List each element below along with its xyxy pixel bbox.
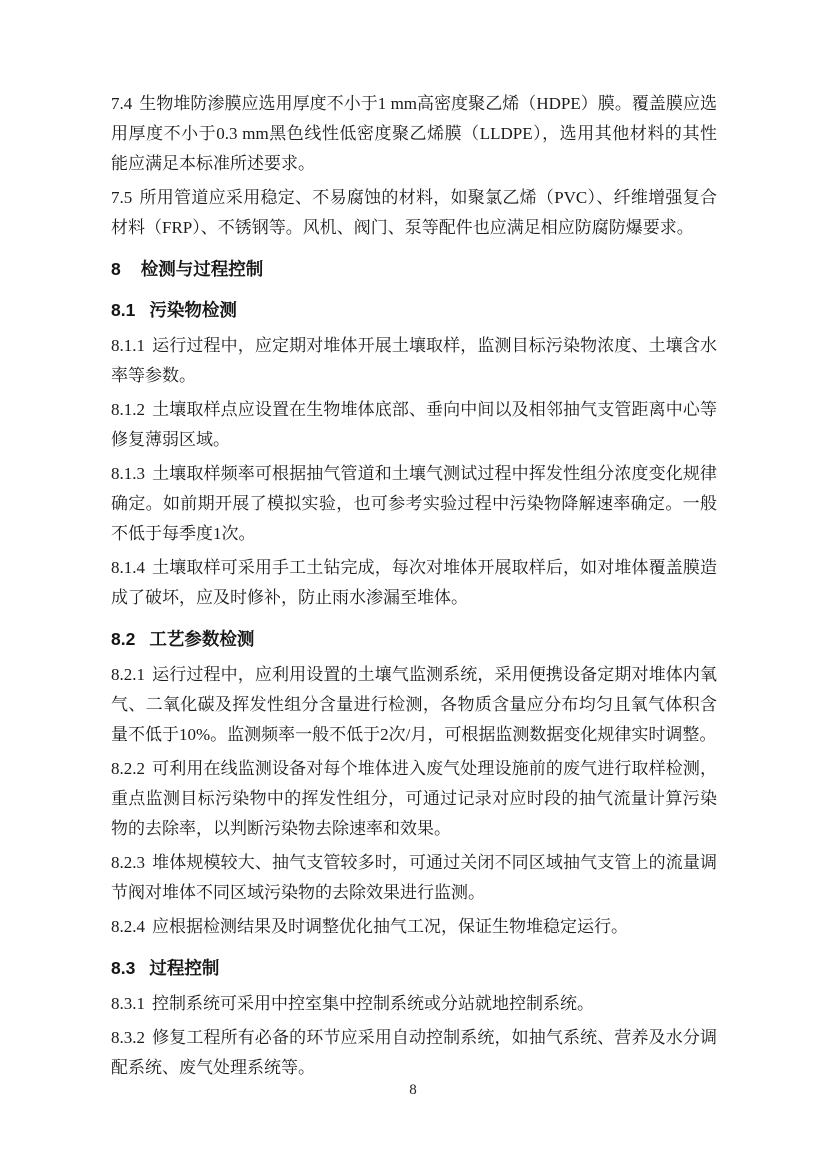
clause-number: 7.5 [111, 188, 132, 207]
clause-8-1-2: 8.1.2土壤取样点应设置在生物堆体底部、垂向中间以及相邻抽气支管距离中心等修复… [111, 395, 717, 455]
clause-8-1-3: 8.1.3土壤取样频率可根据抽气管道和土壤气测试过程中挥发性组分浓度变化规律确定… [111, 459, 717, 549]
clause-number: 8.2.4 [111, 917, 145, 936]
clause-text: 可利用在线监测设备对每个堆体进入废气处理设施前的废气进行取样检测，重点监测目标污… [111, 759, 717, 838]
clause-text: 应根据检测结果及时调整优化抽气工况，保证生物堆稳定运行。 [152, 917, 628, 936]
clause-number: 8.1.1 [111, 336, 145, 355]
clause-text: 土壤取样点应设置在生物堆体底部、垂向中间以及相邻抽气支管距离中心等修复薄弱区域。 [111, 400, 717, 449]
clause-number: 8.3.1 [111, 994, 145, 1013]
clause-number: 8.1.4 [111, 558, 145, 577]
clause-number: 7.4 [111, 94, 132, 113]
clause-number: 8.2.3 [111, 853, 145, 872]
clause-text: 土壤取样可采用手工土钻完成，每次对堆体开展取样后，如对堆体覆盖膜造成了破坏，应及… [111, 558, 717, 607]
clause-7-5: 7.5所用管道应采用稳定、不易腐蚀的材料，如聚氯乙烯（PVC）、纤维增强复合材料… [111, 183, 717, 243]
clause-8-2-2: 8.2.2可利用在线监测设备对每个堆体进入废气处理设施前的废气进行取样检测，重点… [111, 754, 717, 844]
clause-number: 8.1.3 [111, 464, 145, 483]
clause-number: 8.3.2 [111, 1028, 145, 1047]
clause-8-3-1: 8.3.1控制系统可采用中控室集中控制系统或分站就地控制系统。 [111, 989, 717, 1019]
heading-number: 8 [111, 259, 121, 279]
clause-text: 生物堆防渗膜应选用厚度不小于1 mm高密度聚乙烯（HDPE）膜。覆盖膜应选用厚度… [111, 94, 717, 173]
subsection-heading-8-3: 8.3过程控制 [111, 953, 717, 983]
page-number: 8 [409, 1082, 417, 1098]
clause-text: 所用管道应采用稳定、不易腐蚀的材料，如聚氯乙烯（PVC）、纤维增强复合材料（FR… [111, 188, 717, 237]
clause-8-3-2: 8.3.2修复工程所有必备的环节应采用自动控制系统，如抽气系统、营养及水分调配系… [111, 1023, 717, 1083]
document-page: 7.4生物堆防渗膜应选用厚度不小于1 mm高密度聚乙烯（HDPE）膜。覆盖膜应选… [0, 0, 826, 1169]
clause-number: 8.2.2 [111, 759, 145, 778]
clause-7-4: 7.4生物堆防渗膜应选用厚度不小于1 mm高密度聚乙烯（HDPE）膜。覆盖膜应选… [111, 89, 717, 179]
clause-8-2-1: 8.2.1运行过程中，应利用设置的土壤气监测系统，采用便携设备定期对堆体内氧气、… [111, 660, 717, 750]
subsection-heading-8-1: 8.1污染物检测 [111, 295, 717, 325]
heading-number: 8.1 [111, 300, 135, 320]
heading-text: 污染物检测 [149, 300, 237, 320]
clause-text: 堆体规模较大、抽气支管较多时，可通过关闭不同区域抽气支管上的流量调节阀对堆体不同… [111, 853, 717, 902]
heading-text: 过程控制 [149, 958, 219, 978]
clause-8-2-4: 8.2.4应根据检测结果及时调整优化抽气工况，保证生物堆稳定运行。 [111, 912, 717, 942]
clause-8-2-3: 8.2.3堆体规模较大、抽气支管较多时，可通过关闭不同区域抽气支管上的流量调节阀… [111, 848, 717, 908]
heading-text: 检测与过程控制 [141, 259, 264, 279]
heading-text: 工艺参数检测 [149, 629, 254, 649]
heading-number: 8.3 [111, 958, 135, 978]
clause-text: 土壤取样频率可根据抽气管道和土壤气测试过程中挥发性组分浓度变化规律确定。如前期开… [111, 464, 717, 543]
clause-number: 8.1.2 [111, 400, 145, 419]
subsection-heading-8-2: 8.2工艺参数检测 [111, 624, 717, 654]
page-footer: 8 [0, 1080, 826, 1100]
document-content: 7.4生物堆防渗膜应选用厚度不小于1 mm高密度聚乙烯（HDPE）膜。覆盖膜应选… [111, 89, 717, 1087]
section-heading-8: 8检测与过程控制 [111, 254, 717, 284]
clause-number: 8.2.1 [111, 665, 145, 684]
clause-text: 修复工程所有必备的环节应采用自动控制系统，如抽气系统、营养及水分调配系统、废气处… [111, 1028, 717, 1077]
clause-8-1-4: 8.1.4土壤取样可采用手工土钻完成，每次对堆体开展取样后，如对堆体覆盖膜造成了… [111, 553, 717, 613]
clause-text: 运行过程中，应利用设置的土壤气监测系统，采用便携设备定期对堆体内氧气、二氧化碳及… [111, 665, 717, 744]
clause-text: 运行过程中，应定期对堆体开展土壤取样，监测目标污染物浓度、土壤含水率等参数。 [111, 336, 717, 385]
heading-number: 8.2 [111, 629, 135, 649]
clause-text: 控制系统可采用中控室集中控制系统或分站就地控制系统。 [152, 994, 594, 1013]
clause-8-1-1: 8.1.1运行过程中，应定期对堆体开展土壤取样，监测目标污染物浓度、土壤含水率等… [111, 331, 717, 391]
